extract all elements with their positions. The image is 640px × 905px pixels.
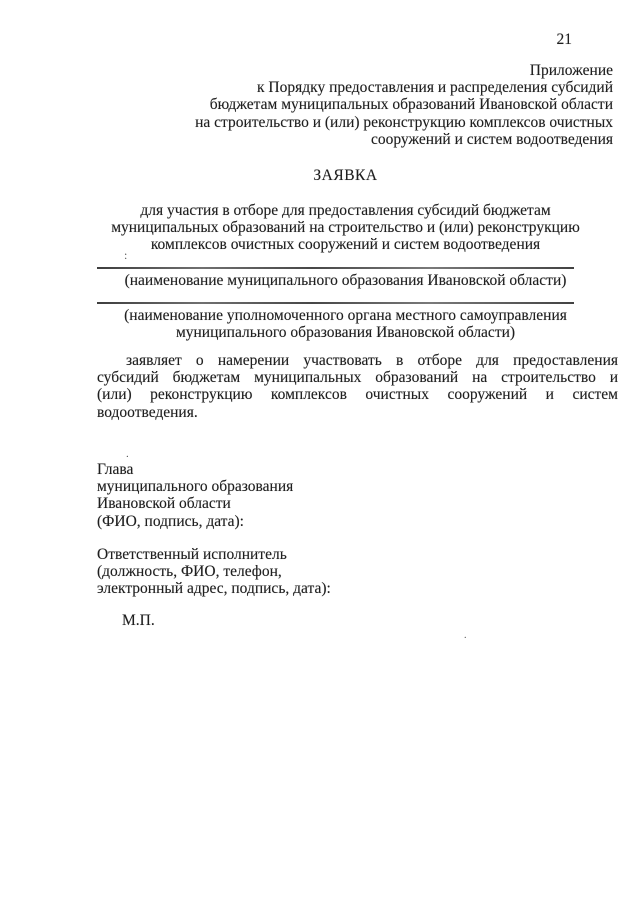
statement-line: водоотведения. [97, 404, 618, 421]
statement-line: заявляет о намерении участвовать в отбор… [97, 352, 618, 369]
appendix-line: сооружений и систем водоотведения [153, 131, 613, 148]
signature-line: муниципального образования [97, 478, 293, 495]
signature-line: Ответственный исполнитель [97, 546, 331, 563]
statement-line: субсидий бюджетам муниципальных образова… [97, 369, 618, 386]
authority-field-caption: (наименование уполномоченного органа мес… [97, 307, 594, 341]
subtitle-line: муниципальных образований на строительст… [97, 219, 594, 236]
signature-line: Ивановской области [97, 495, 293, 512]
municipality-field-caption: (наименование муниципального образования… [97, 272, 594, 289]
statement-paragraph: заявляет о намерении участвовать в отбор… [97, 352, 618, 421]
appendix-line: к Порядку предоставления и распределения… [153, 79, 613, 96]
signature-line: Глава [97, 461, 293, 478]
scan-artifact-colon: : [124, 249, 127, 261]
appendix-reference: Приложение к Порядку предоставления и ра… [153, 62, 613, 148]
scan-artifact-dot: . [464, 632, 467, 640]
fill-in-line-authority [97, 302, 574, 304]
appendix-line: Приложение [153, 62, 613, 79]
scanned-document-page: 21 Приложение к Порядку предоставления и… [0, 0, 640, 905]
signature-line: (ФИО, подпись, дата): [97, 513, 293, 530]
page-number: 21 [557, 31, 573, 48]
appendix-line: на строительство и (или) реконструкцию к… [153, 114, 613, 131]
signature-block-executor: Ответственный исполнитель (должность, ФИ… [97, 546, 331, 598]
signature-line: электронный адрес, подпись, дата): [97, 580, 331, 597]
subtitle-line: для участия в отборе для предоставления … [97, 202, 594, 219]
document-subtitle: для участия в отборе для предоставления … [97, 202, 594, 254]
authority-caption-line: (наименование уполномоченного органа мес… [97, 307, 594, 324]
document-title: ЗАЯВКА [97, 167, 594, 184]
signature-block-head: Глава муниципального образования Ивановс… [97, 461, 293, 530]
signature-line: (должность, ФИО, телефон, [97, 563, 331, 580]
subtitle-line: комплексов очистных сооружений и систем … [97, 236, 594, 253]
scan-artifact-dot: . [126, 450, 129, 458]
statement-line: (или) реконструкцию комплексов очистных … [97, 386, 618, 403]
stamp-placeholder: М.П. [122, 612, 155, 629]
authority-caption-line: муниципального образования Ивановской об… [97, 324, 594, 341]
fill-in-line-municipality [97, 267, 574, 269]
appendix-line: бюджетам муниципальных образований Ивано… [153, 96, 613, 113]
